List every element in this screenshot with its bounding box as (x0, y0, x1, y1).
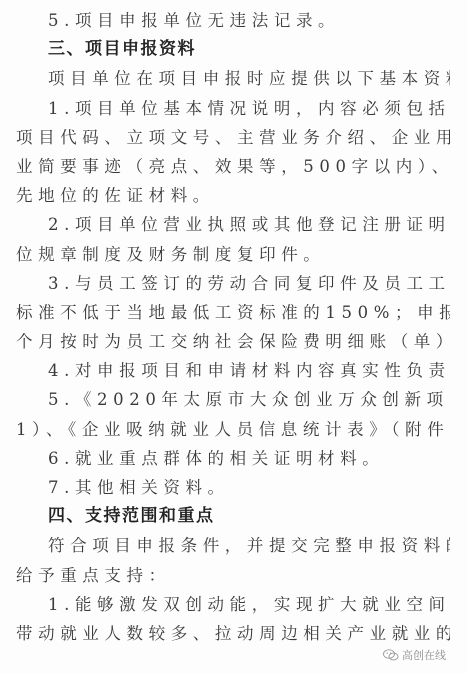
text-line: 业简要事迹（亮点、效果等，500字以内）、在本行业处于领 (16, 152, 450, 181)
text-line: 项目代码、立项文号、主营业务介绍、企业用工情况、创业就 (16, 123, 450, 152)
text-line: 给予重点支持： (16, 561, 450, 590)
section-heading: 三、项目申报资料 (16, 35, 450, 64)
text-line: 4.对申报项目和申请材料内容真实性负责的声明。 (16, 356, 450, 385)
text-line: 项目单位在项目申报时应提供以下基本资料： (16, 64, 450, 93)
text-line: 3.与员工签订的劳动合同复印件及员工工资发放表、工资 (16, 269, 450, 298)
text-line: 1.项目单位基本情况说明，内容必须包括申报单位简介、 (16, 94, 450, 123)
text-line: 位规章制度及财务制度复印件。 (16, 240, 450, 269)
text-line: 5.项目申报单位无违法记录。 (16, 6, 450, 35)
text-line: 先地位的佐证材料。 (16, 181, 450, 210)
watermark: 高创在线 (383, 647, 446, 663)
watermark-text: 高创在线 (402, 647, 446, 663)
wechat-icon (383, 649, 399, 661)
section-heading: 四、支持范围和重点 (16, 502, 450, 531)
text-line: 5.《2020年太原市大众创业万众创新项目申报表》（附件 (16, 385, 450, 414)
text-line: 6.就业重点群体的相关证明材料。 (16, 444, 450, 473)
text-line: 符合项目申报条件，并提交完整申报资料的，对以下项目 (16, 531, 450, 560)
text-line: 个月按时为员工交纳社会保险费明细账（单）。 (16, 327, 450, 356)
document-body: 5.项目申报单位无违法记录。 三、项目申报资料 项目单位在项目申报时应提供以下基… (16, 6, 450, 648)
text-line: 1）、《企业吸纳就业人员信息统计表》（附件2）。 (16, 415, 450, 444)
text-line: 2.项目单位营业执照或其他登记注册证明复印件，申报单 (16, 210, 450, 239)
text-line: 7.其他相关资料。 (16, 473, 450, 502)
text-line: 带动就业人数较多、拉动周边相关产业就业的创新创业项目 (16, 619, 450, 648)
text-line: 标准不低于当地最低工资标准的150%；申报单位提供最近6 (16, 298, 450, 327)
text-line: 1.能够激发双创动能，实现扩大就业空间、增加就业岗位、 (16, 590, 450, 619)
